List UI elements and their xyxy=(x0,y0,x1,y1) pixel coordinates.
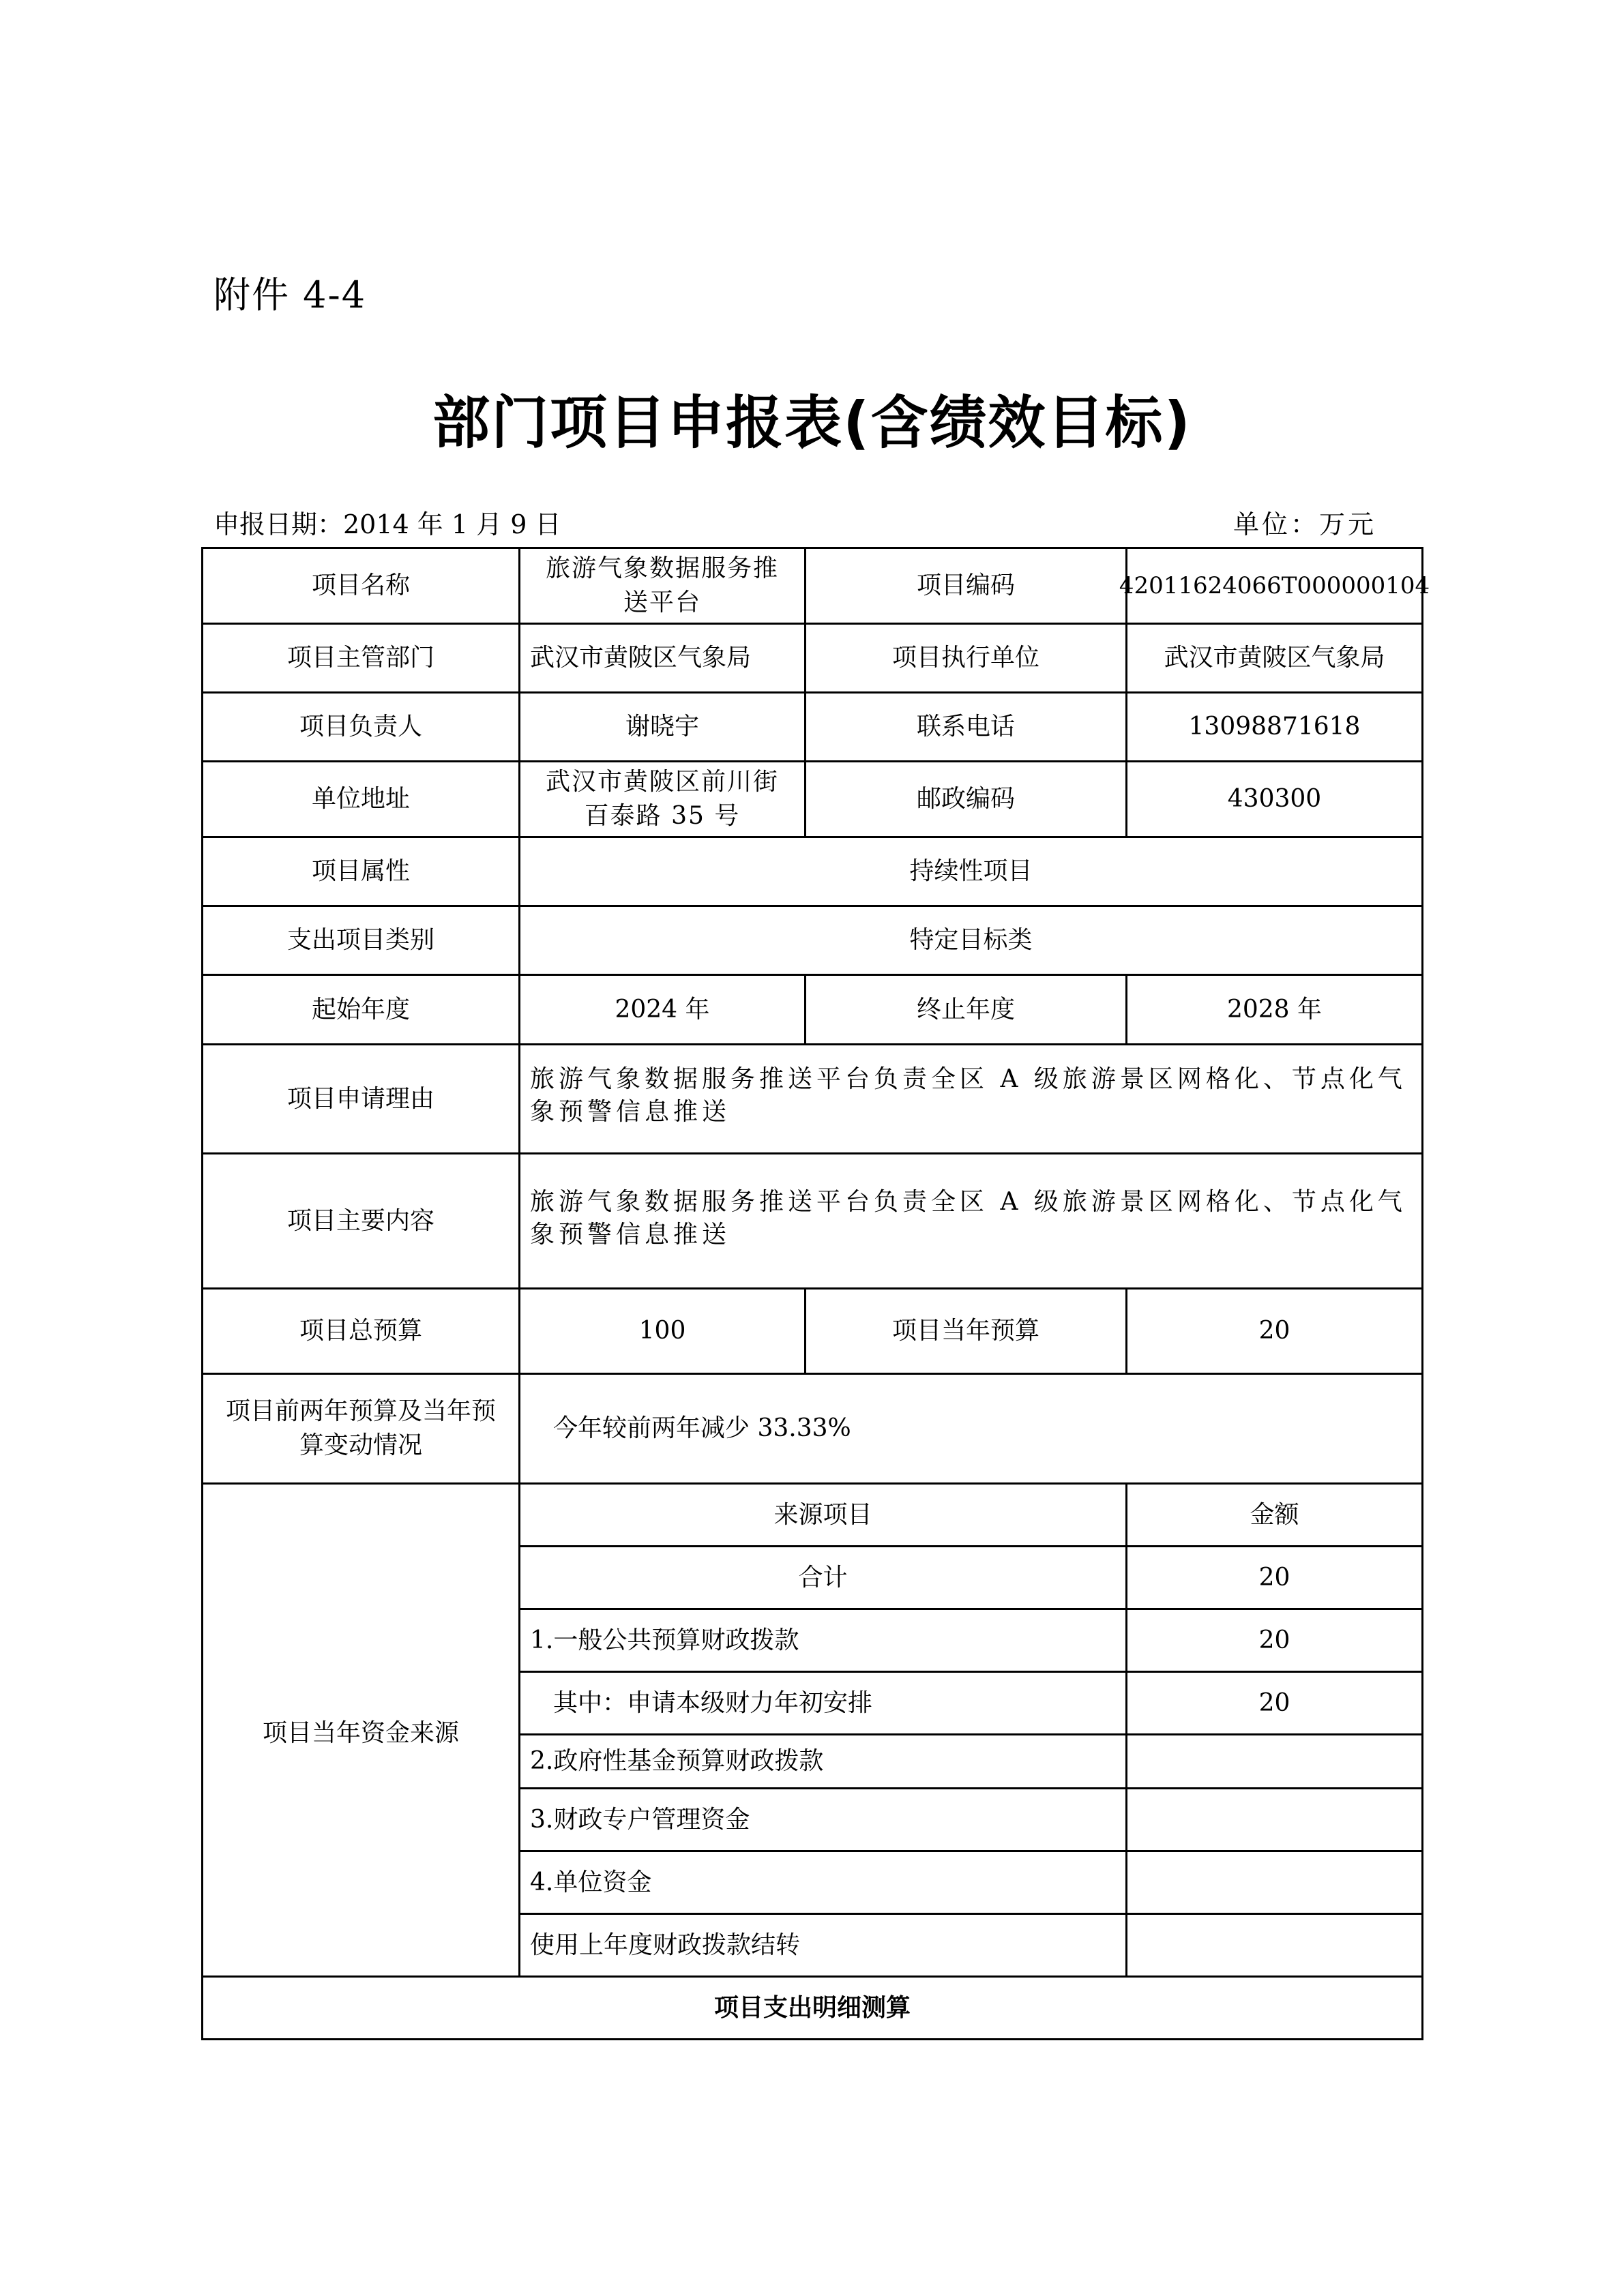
project-code-value: 42011624066T000000104 xyxy=(1125,547,1423,625)
funding-row-amount xyxy=(1125,1733,1423,1789)
end-year-label: 终止年度 xyxy=(804,974,1127,1045)
funding-row-amount xyxy=(1125,1787,1423,1852)
executing-unit-value: 武汉市黄陂区气象局 xyxy=(1125,623,1423,694)
total-budget-label: 项目总预算 xyxy=(201,1287,520,1375)
funding-row-source: 1.一般公共预算财政拨款 xyxy=(518,1608,1127,1673)
funding-row-source: 合计 xyxy=(518,1545,1127,1610)
attribute-label: 项目属性 xyxy=(201,836,520,907)
budget-change-label-text: 项目前两年预算及当年预算变动情况 xyxy=(216,1395,506,1463)
total-budget-value: 100 xyxy=(518,1287,806,1375)
category-label: 支出项目类别 xyxy=(201,905,520,976)
funding-row-amount: 20 xyxy=(1125,1671,1423,1735)
funding-header-source: 来源项目 xyxy=(518,1482,1127,1547)
unit-label: 单位：万元 xyxy=(1233,506,1376,543)
funding-row-source: 其中：申请本级财力年初安排 xyxy=(518,1671,1127,1735)
funding-row-source: 4.单位资金 xyxy=(518,1850,1127,1915)
report-date: 申报日期：2014 年 1 月 9 日 xyxy=(213,506,561,543)
attribute-value: 持续性项目 xyxy=(518,836,1423,907)
postcode-label: 邮政编码 xyxy=(804,760,1127,838)
address-label: 单位地址 xyxy=(201,760,520,838)
detail-section-title: 项目支出明细测算 xyxy=(201,1976,1423,2040)
person-in-charge-value: 谢晓宇 xyxy=(518,691,806,762)
phone-value: 13098871618 xyxy=(1125,691,1423,762)
funding-header-amount: 金额 xyxy=(1125,1482,1423,1547)
end-year-value: 2028 年 xyxy=(1125,974,1423,1045)
start-year-value: 2024 年 xyxy=(518,974,806,1045)
current-budget-value: 20 xyxy=(1125,1287,1423,1375)
funding-row-amount: 20 xyxy=(1125,1608,1423,1673)
budget-change-value: 今年较前两年减少 33.33% xyxy=(518,1373,1423,1485)
funding-row-amount xyxy=(1125,1913,1423,1978)
content-label: 项目主要内容 xyxy=(201,1152,520,1289)
funding-source-label: 项目当年资金来源 xyxy=(201,1482,520,2040)
project-name-value: 旅游气象数据服务推送平台 xyxy=(518,547,806,625)
content-text: 旅游气象数据服务推送平台负责全区 A 级旅游景区网格化、节点化气象预警信息推送 xyxy=(530,1186,1412,1251)
reason-value: 旅游气象数据服务推送平台负责全区 A 级旅游景区网格化、节点化气象预警信息推送 xyxy=(518,1043,1423,1154)
funding-row-source: 3.财政专户管理资金 xyxy=(518,1787,1127,1852)
project-name-label: 项目名称 xyxy=(201,547,520,625)
funding-row-source: 2.政府性基金预算财政拨款 xyxy=(518,1733,1127,1789)
funding-row-amount: 20 xyxy=(1125,1545,1423,1610)
address-value: 武汉市黄陂区前川街百泰路 35 号 xyxy=(518,760,806,838)
project-name-text: 旅游气象数据服务推送平台 xyxy=(537,552,788,620)
phone-label: 联系电话 xyxy=(804,691,1127,762)
reason-text: 旅游气象数据服务推送平台负责全区 A 级旅游景区网格化、节点化气象预警信息推送 xyxy=(530,1063,1412,1129)
person-in-charge-label: 项目负责人 xyxy=(201,691,520,762)
executing-unit-label: 项目执行单位 xyxy=(804,623,1127,694)
funding-row-amount xyxy=(1125,1850,1423,1915)
current-budget-label: 项目当年预算 xyxy=(804,1287,1127,1375)
page-title: 部门项目申报表(含绩效目标) xyxy=(0,385,1624,460)
attachment-label: 附件 4-4 xyxy=(213,271,366,319)
project-code-label: 项目编码 xyxy=(804,547,1127,625)
reason-label: 项目申请理由 xyxy=(201,1043,520,1154)
category-value: 特定目标类 xyxy=(518,905,1423,976)
content-value: 旅游气象数据服务推送平台负责全区 A 级旅游景区网格化、节点化气象预警信息推送 xyxy=(518,1152,1423,1289)
address-text: 武汉市黄陂区前川街百泰路 35 号 xyxy=(535,765,789,833)
start-year-label: 起始年度 xyxy=(201,974,520,1045)
postcode-value: 430300 xyxy=(1125,760,1423,838)
supervising-dept-value: 武汉市黄陂区气象局 xyxy=(518,623,806,694)
budget-change-label: 项目前两年预算及当年预算变动情况 xyxy=(201,1373,520,1485)
supervising-dept-label: 项目主管部门 xyxy=(201,623,520,694)
funding-row-source: 使用上年度财政拨款结转 xyxy=(518,1913,1127,1978)
